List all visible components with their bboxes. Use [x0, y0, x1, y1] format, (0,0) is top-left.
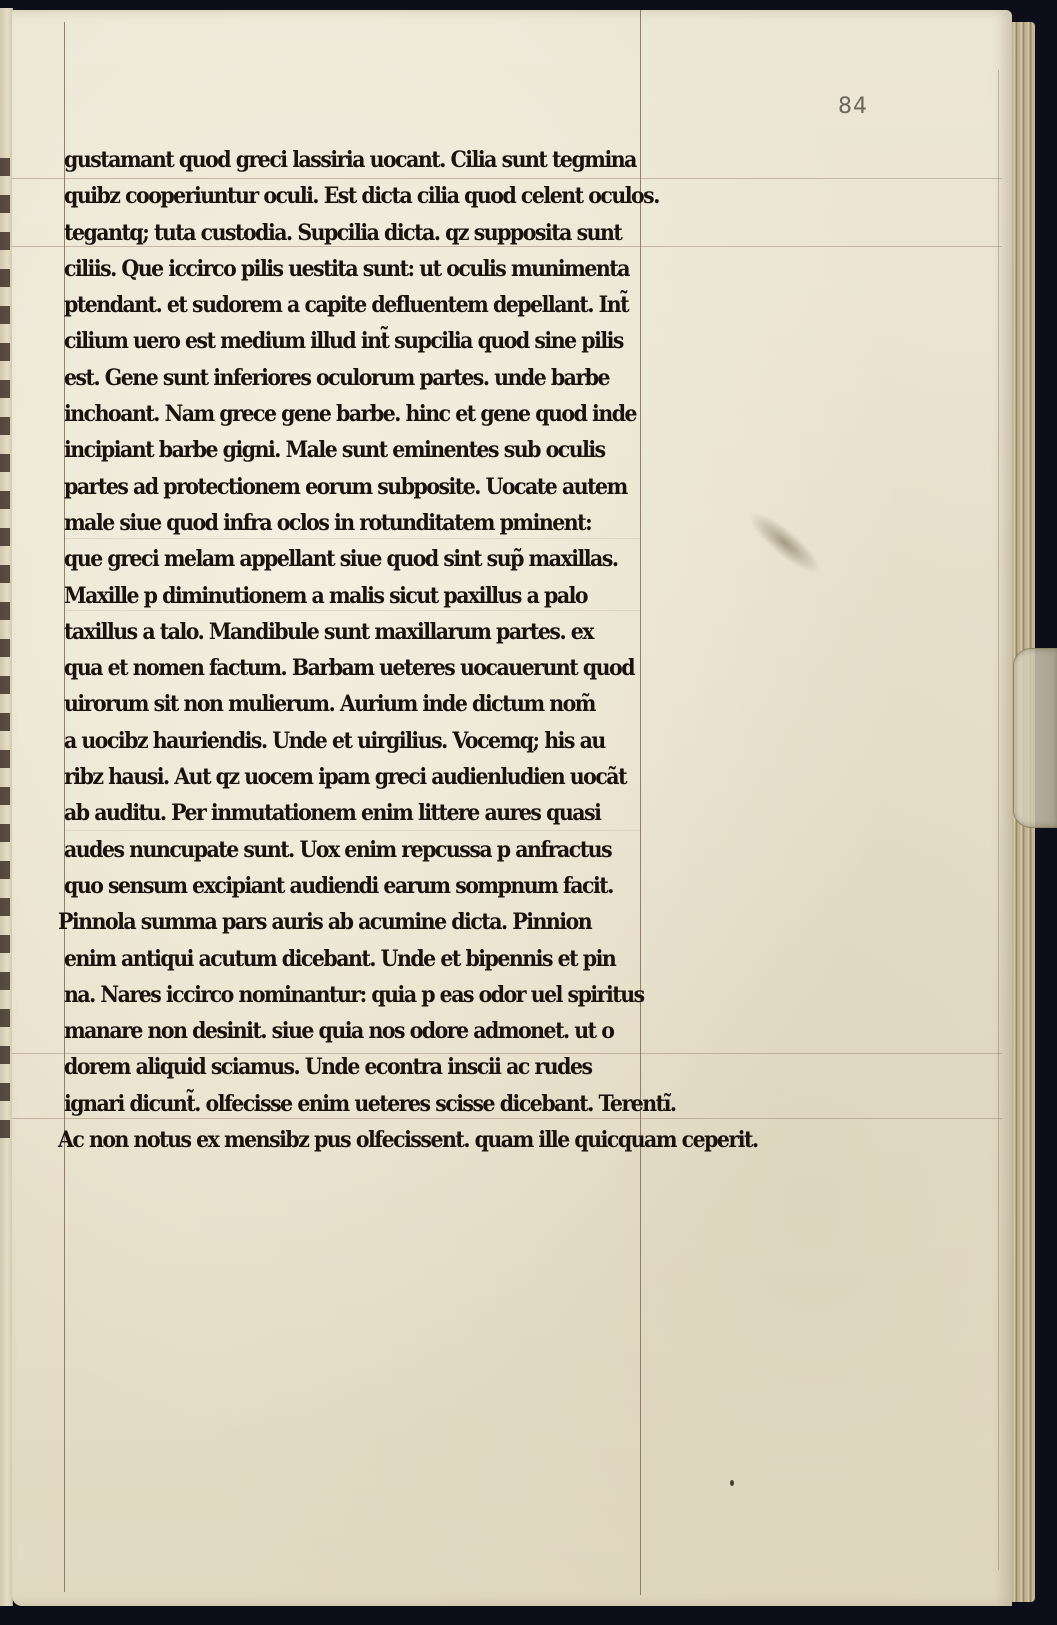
text-line: enim antiqui acutum dicebant. Unde et bi…: [64, 941, 641, 977]
ruling-outer-margin: [998, 70, 999, 1570]
text-line: ptendant. et sudorem a capite defluentem…: [64, 287, 641, 323]
text-line: ribz hausi. Aut qz uocem ipam greci audi…: [64, 759, 641, 795]
folio-number: 84: [838, 94, 868, 119]
text-line: ab auditu. Per inmutationem enim littere…: [64, 795, 641, 831]
text-line: Pinnola summa pars auris ab acumine dict…: [58, 904, 640, 940]
text-line: taxillus a talo. Mandibule sunt maxillar…: [64, 614, 641, 650]
text-line: quibz cooperiuntur oculi. Est dicta cili…: [64, 178, 641, 214]
text-line: dorem aliquid sciamus. Unde econtra insc…: [64, 1049, 641, 1085]
text-line: cilium uero est medium illud int̃ supcil…: [64, 323, 641, 359]
text-line: tegantq; tuta custodia. Supcilia dicta. …: [64, 215, 641, 251]
text-line: manare non desinit. siue quia nos odore …: [64, 1013, 641, 1049]
ink-speck: [730, 1480, 734, 1486]
text-line: ignari dicunt̃. olfecisse enim ueteres s…: [64, 1086, 641, 1122]
text-line: est. Gene sunt inferiores oculorum parte…: [64, 360, 641, 396]
text-line: male siue quod infra oclos in rotunditat…: [64, 505, 641, 541]
text-line: Ac non notus ex mensibz pus olfecissent.…: [58, 1122, 640, 1158]
text-line: audes nuncupate sunt. Uox enim repcussa …: [64, 832, 641, 868]
text-line: incipiant barbe gigni. Male sunt eminent…: [64, 432, 641, 468]
text-line: gustamant quod greci lassiria uocant. Ci…: [64, 142, 641, 178]
text-line: partes ad protectionem eorum subposite. …: [64, 469, 641, 505]
parchment-stain: [742, 504, 828, 582]
text-line: Maxille p diminutionem a malis sicut pax…: [64, 578, 641, 614]
text-line: uirorum sit non mulierum. Aurium inde di…: [64, 686, 641, 722]
manuscript-text-column: gustamant quod greci lassiria uocant. Ci…: [64, 142, 684, 1158]
text-line: qua et nomen factum. Barbam ueteres uoca…: [64, 650, 641, 686]
text-line: quo sensum excipiant audiendi earum somp…: [64, 868, 641, 904]
binding-clasp: [1013, 648, 1057, 828]
text-line: a uocibz hauriendis. Unde et uirgilius. …: [64, 723, 641, 759]
manuscript-viewer: 84 gustamant quod greci lassiria uocant.…: [0, 0, 1057, 1625]
text-line: ciliis. Que iccirco pilis uestita sunt: …: [64, 251, 641, 287]
text-line: na. Nares iccirco nominantur: quia p eas…: [64, 977, 641, 1013]
facing-page-text-fragments: [0, 158, 10, 1138]
text-line: inchoant. Nam grece gene barbe. hinc et …: [64, 396, 641, 432]
text-line: que greci melam appellant siue quod sint…: [64, 541, 641, 577]
